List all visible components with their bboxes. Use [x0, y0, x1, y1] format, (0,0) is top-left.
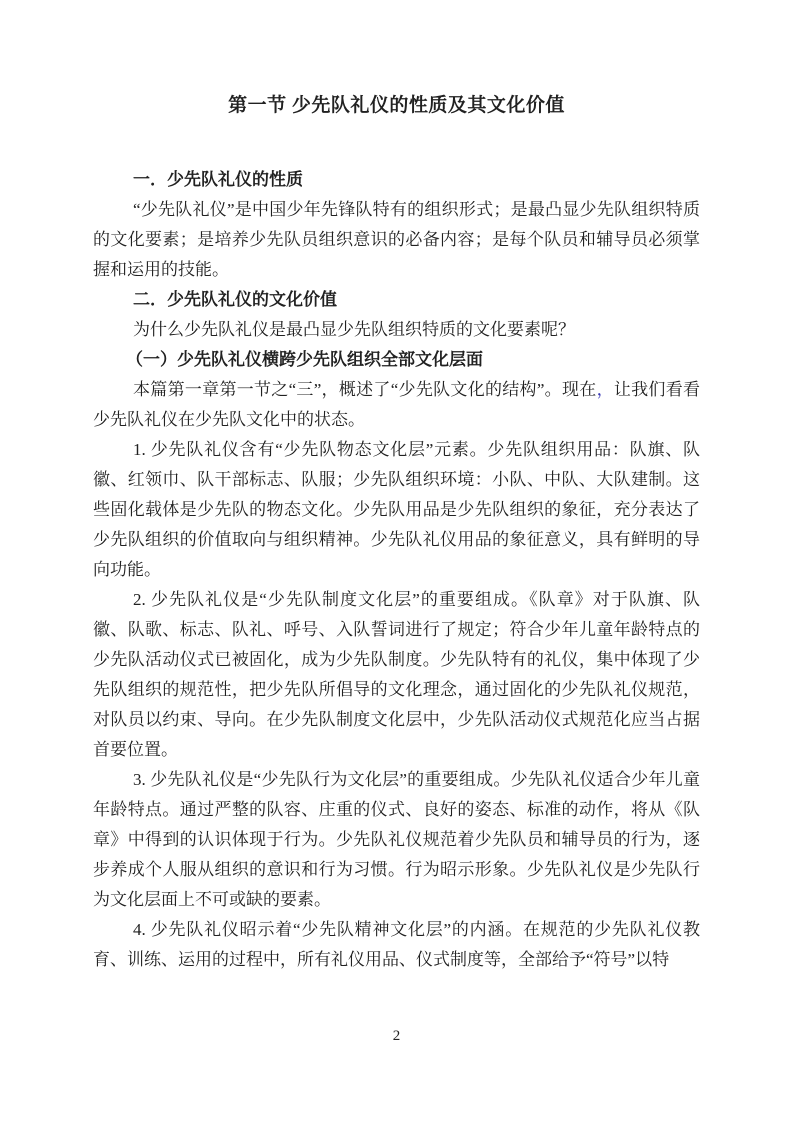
- section-heading-cultural-value: 二．少先队礼仪的文化价值: [93, 285, 700, 315]
- page-number: 2: [0, 1026, 793, 1046]
- document-content: 第一节 少先队礼仪的性质及其文化价值 一．少先队礼仪的性质 “少先队礼仪”是中国…: [0, 0, 793, 975]
- paragraph-intro: “少先队礼仪”是中国少年先锋队特有的组织形式；是最凸显少先队组织特质的文化要素；…: [93, 195, 700, 285]
- paragraph-overview-text-before: 本篇第一章第一节之“三”，概述了“少先队文化的结构”。现在: [133, 380, 597, 399]
- section-heading-nature: 一．少先队礼仪的性质: [93, 165, 700, 195]
- paragraph-item-4-spiritual-culture: 4. 少先队礼仪昭示着“少先队精神文化层”的内涵。在规范的少先队礼仪教育、训练、…: [93, 915, 700, 975]
- document-title: 第一节 少先队礼仪的性质及其文化价值: [93, 92, 700, 120]
- subsection-heading-culture-layers: （一）少先队礼仪横跨少先队组织全部文化层面: [93, 345, 700, 375]
- paragraph-question: 为什么少先队礼仪是最凸显少先队组织特质的文化要素呢？: [93, 315, 700, 345]
- document-page: 第一节 少先队礼仪的性质及其文化价值 一．少先队礼仪的性质 “少先队礼仪”是中国…: [0, 0, 793, 1122]
- paragraph-item-3-behavioral-culture: 3. 少先队礼仪是“少先队行为文化层”的重要组成。少先队礼仪适合少年儿童年龄特点…: [93, 765, 700, 915]
- paragraph-overview: 本篇第一章第一节之“三”，概述了“少先队文化的结构”。现在，让我们看看少先队礼仪…: [93, 375, 700, 435]
- paragraph-item-1-material-culture: 1. 少先队礼仪含有“少先队物态文化层”元素。少先队组织用品：队旗、队徽、红领巾…: [93, 435, 700, 585]
- paragraph-item-2-institutional-culture: 2. 少先队礼仪是“少先队制度文化层”的重要组成。《队章》对于队旗、队徽、队歌、…: [93, 585, 700, 765]
- accent-comma: ，: [597, 380, 614, 399]
